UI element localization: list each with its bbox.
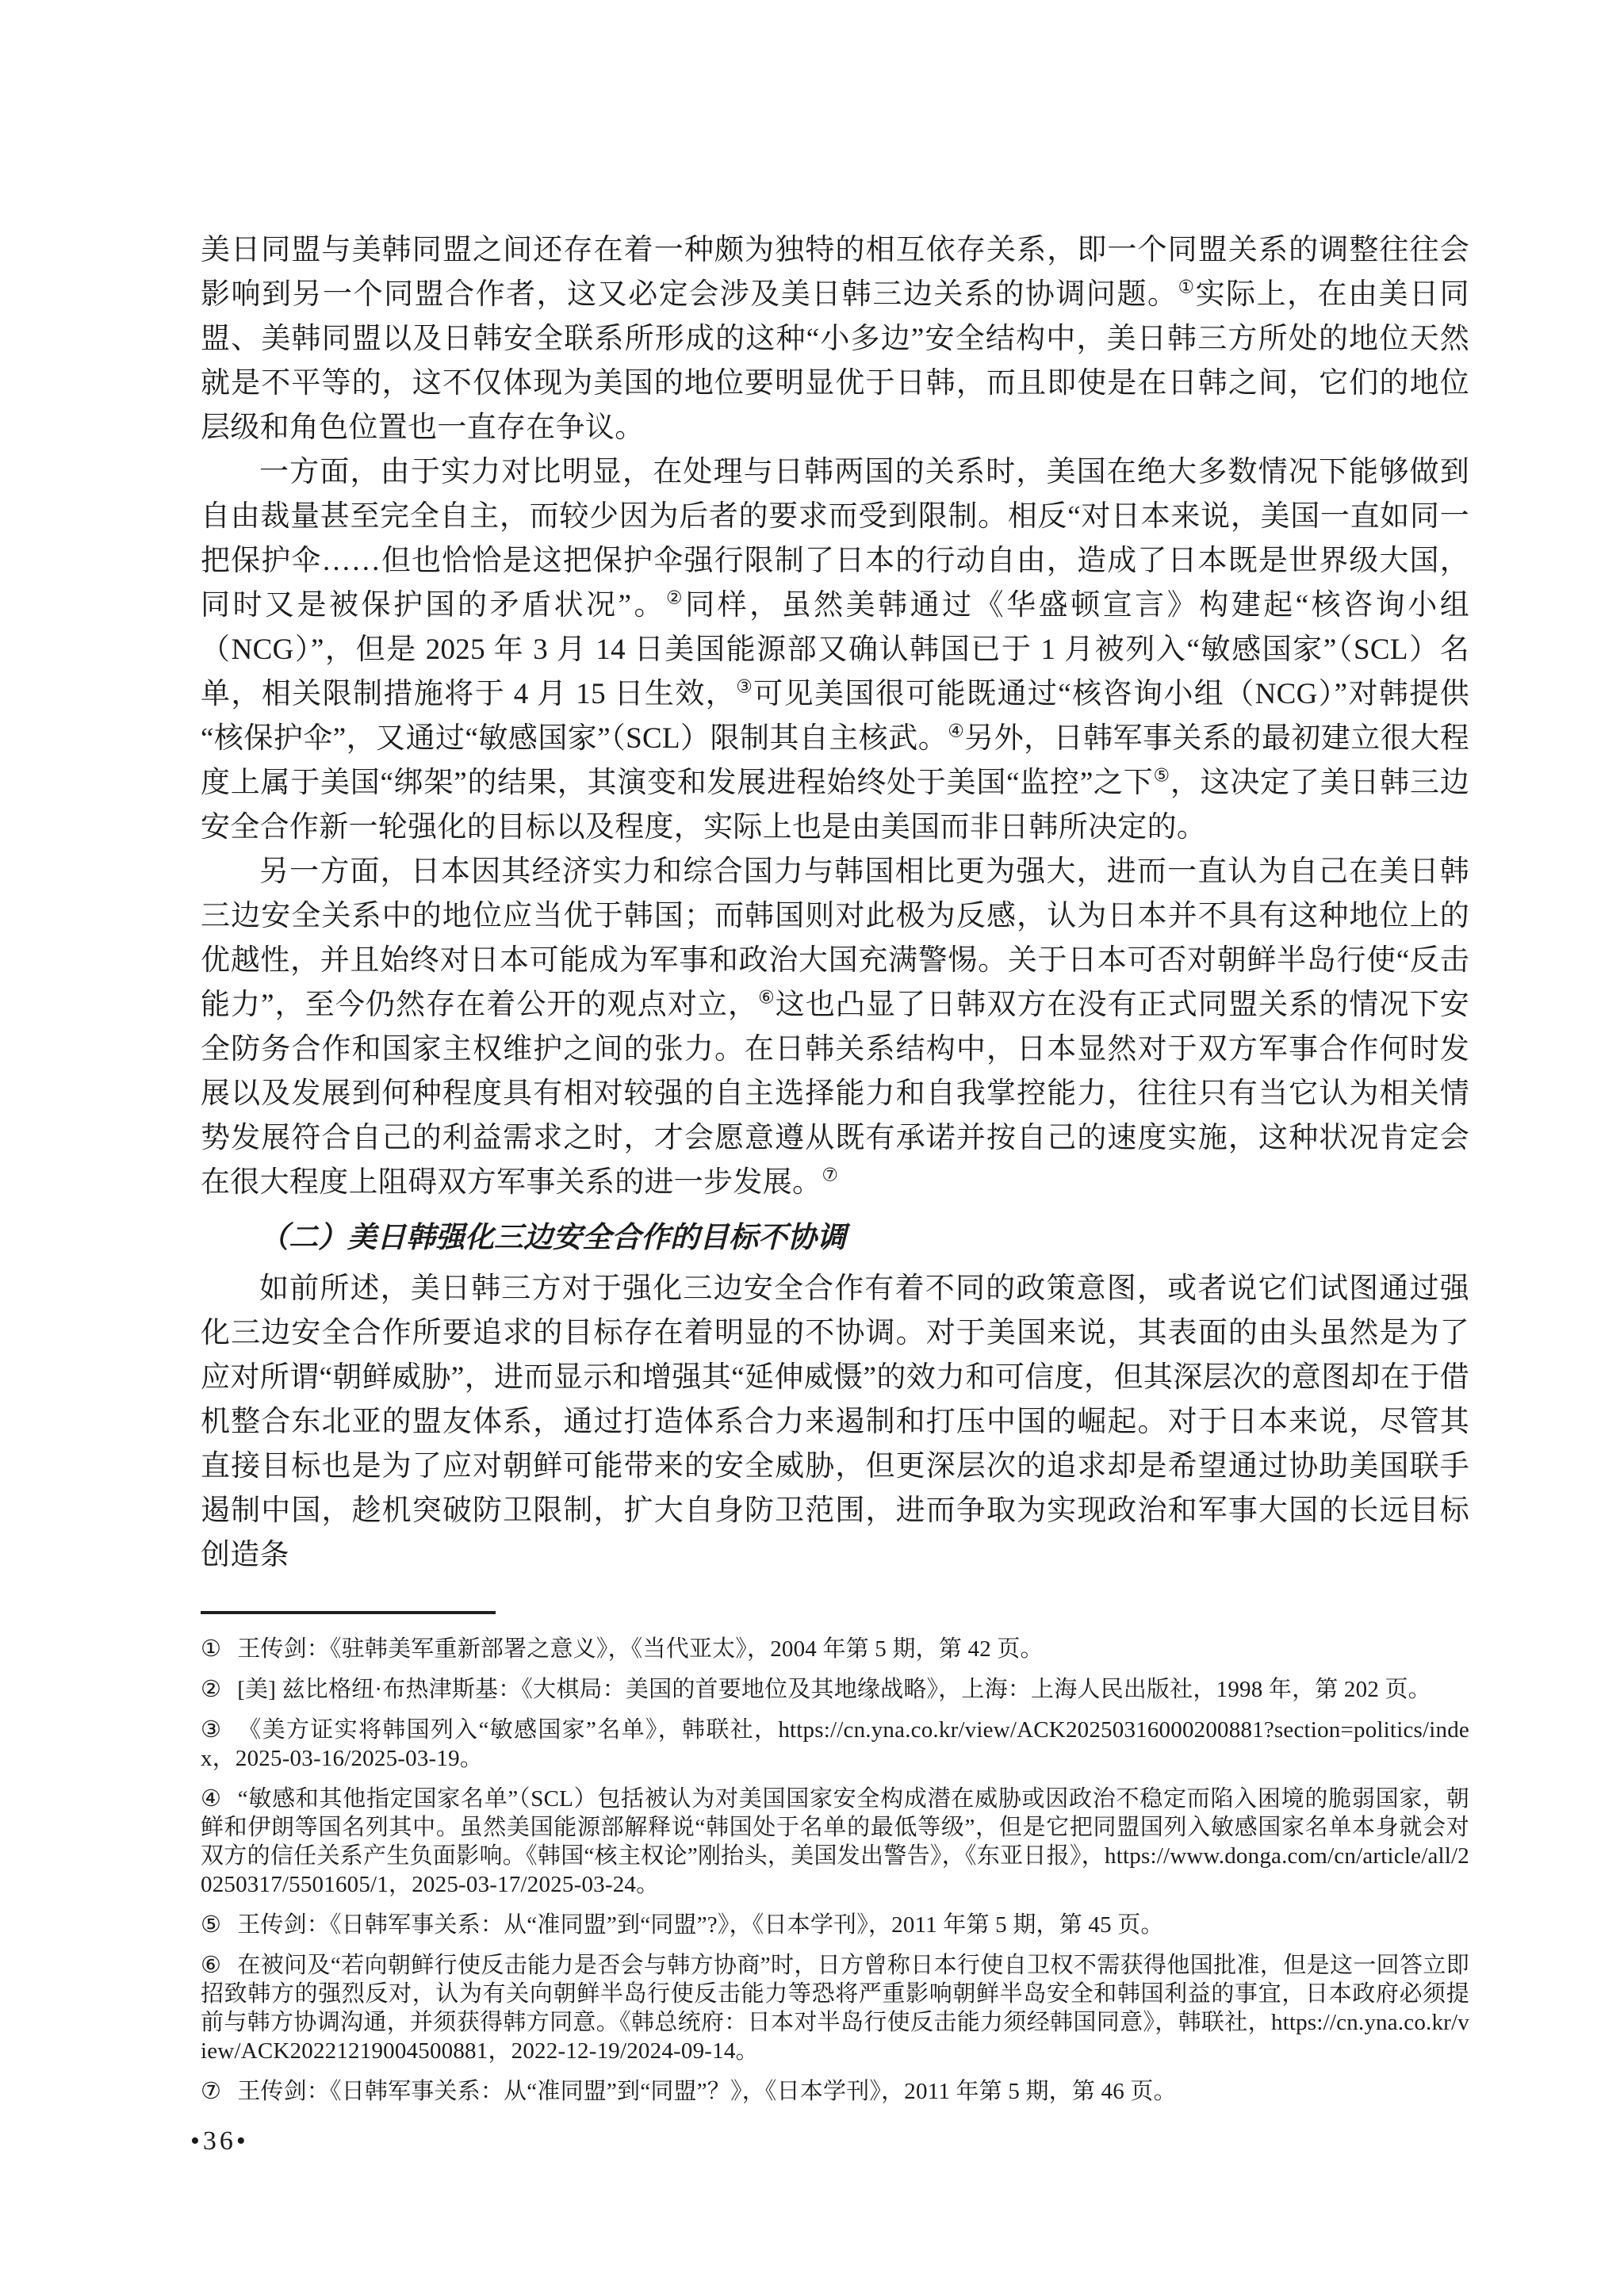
footnote-ref-marker: ③	[736, 677, 753, 697]
page-body: 美日同盟与美韩同盟之间还存在着一种颇为独特的相互依存关系，即一个同盟关系的调整往…	[201, 228, 1469, 2118]
footnote-marker: ①	[201, 1636, 221, 1662]
footnote-marker: ④	[201, 1786, 222, 1812]
footnote-item: ⑦王传剑：《日韩军事关系：从“准同盟”到“同盟”？》，《日本学刊》，2011 年…	[201, 2077, 1469, 2106]
footnote-text: [美] 兹比格纽·布热津斯基：《大棋局：美国的首要地位及其地缘战略》，上海：上海…	[237, 1677, 1431, 1702]
document-page: 美日同盟与美韩同盟之间还存在着一种颇为独特的相互依存关系，即一个同盟关系的调整往…	[0, 0, 1624, 2296]
body-paragraph-2: 一方面，由于实力对比明显，在处理与日韩两国的关系时，美国在绝大多数情况下能够做到…	[201, 450, 1469, 850]
footnote-ref-marker: ④	[948, 721, 964, 741]
footnote-text: 在被问及“若向朝鲜行使反击能力是否会与韩方协商”时，日方曾称日本行使自卫权不需获…	[201, 1953, 1469, 2064]
footnote-marker: ③	[201, 1717, 222, 1743]
footnote-item: ⑤王传剑：《日韩军事关系：从“准同盟”到“同盟”?》，《日本学刊》，2011 年…	[201, 1911, 1469, 1939]
footnote-text: 王传剑：《日韩军事关系：从“准同盟”到“同盟”？》，《日本学刊》，2011 年第…	[237, 2079, 1177, 2104]
footnote-ref-marker: ⑥	[758, 988, 776, 1008]
footnote-divider	[201, 1611, 496, 1614]
footnote-item: ①王传剑：《驻韩美军重新部署之意义》，《当代亚太》，2004 年第 5 期，第 …	[201, 1635, 1469, 1663]
footnote-item: ④“敏感和其他指定国家名单”（SCL）包括被认为对美国国家安全构成潜在威胁或因政…	[201, 1785, 1469, 1899]
footnote-item: ⑥在被问及“若向朝鲜行使反击能力是否会与韩方协商”时，日方曾称日本行使自卫权不需…	[201, 1951, 1469, 2065]
footnote-text: “敏感和其他指定国家名单”（SCL）包括被认为对美国国家安全构成潜在威胁或因政治…	[201, 1786, 1469, 1897]
footnote-ref-marker: ①	[1178, 277, 1195, 297]
footnote-marker: ⑤	[201, 1912, 221, 1938]
body-paragraph-3: 另一方面，日本因其经济实力和综合国力与韩国相比更为强大，进而一直认为自己在美日韩…	[201, 850, 1469, 1205]
footnotes-section: ①王传剑：《驻韩美军重新部署之意义》，《当代亚太》，2004 年第 5 期，第 …	[201, 1635, 1469, 2106]
footnote-ref-marker: ⑦	[822, 1165, 838, 1185]
section-heading: （二）美日韩强化三边安全合作的目标不协调	[201, 1216, 1469, 1261]
footnote-marker: ②	[201, 1677, 221, 1702]
footnote-marker: ⑥	[201, 1953, 221, 1978]
page-number: •36•	[190, 2126, 249, 2156]
footnote-ref-marker: ②	[666, 588, 685, 608]
body-paragraph-4: 如前所述，美日韩三方对于强化三边安全合作有着不同的政策意图，或者说它们试图通过强…	[201, 1267, 1469, 1578]
footnote-ref-marker: ⑤	[1154, 766, 1170, 786]
footnote-text: 王传剑：《日韩军事关系：从“准同盟”到“同盟”?》，《日本学刊》，2011 年第…	[237, 1912, 1163, 1938]
footnote-text: 《美方证实将韩国列入“敏感国家”名单》，韩联社，https://cn.yna.c…	[201, 1717, 1469, 1771]
body-paragraph-1: 美日同盟与美韩同盟之间还存在着一种颇为独特的相互依存关系，即一个同盟关系的调整往…	[201, 228, 1469, 450]
footnote-marker: ⑦	[201, 2079, 221, 2104]
footnote-item: ②[美] 兹比格纽·布热津斯基：《大棋局：美国的首要地位及其地缘战略》，上海：上…	[201, 1675, 1469, 1704]
footnote-text: 王传剑：《驻韩美军重新部署之意义》，《当代亚太》，2004 年第 5 期，第 4…	[237, 1636, 1044, 1662]
footnote-item: ③《美方证实将韩国列入“敏感国家”名单》，韩联社，https://cn.yna.…	[201, 1716, 1469, 1773]
